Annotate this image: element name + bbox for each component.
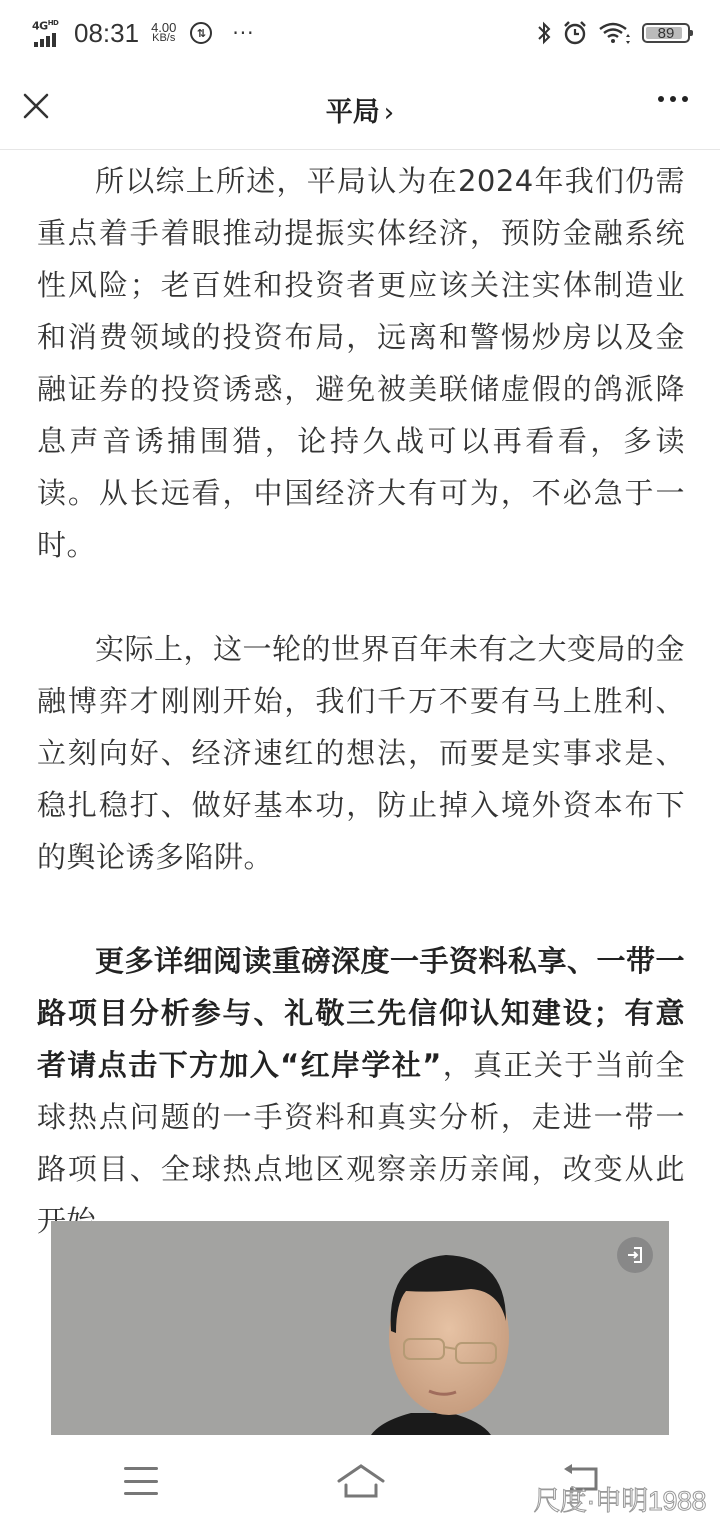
chevron-right-icon: › xyxy=(384,98,394,128)
network-type: 4GHD xyxy=(32,19,58,33)
paragraph-1: 所以综上所述，平局认为在2024年我们仍需重点着手着眼推动提振实体经济，预防金融… xyxy=(37,155,685,571)
account-name: 平局 xyxy=(326,97,380,128)
more-notifications-icon: ··· xyxy=(232,21,254,45)
battery-indicator: 89 xyxy=(642,23,690,43)
menu-icon[interactable] xyxy=(124,1467,158,1495)
article-photo[interactable] xyxy=(51,1221,669,1435)
data-transfer-icon: ⇅ xyxy=(190,22,212,44)
watermark: 尺度·申明1988 xyxy=(533,1479,706,1518)
clock: 08:31 xyxy=(74,18,139,49)
expand-icon[interactable] xyxy=(617,1237,653,1273)
wifi-icon xyxy=(598,21,632,45)
status-bar: 4GHD 08:31 4.00 KB/s ⇅ ··· 89 xyxy=(0,0,720,66)
bluetooth-icon xyxy=(536,21,552,45)
system-nav-bar: 尺度·申明1988 xyxy=(0,1435,720,1520)
network-speed: 4.00 KB/s xyxy=(151,22,176,44)
alarm-icon xyxy=(562,20,588,46)
article-body: 所以综上所述，平局认为在2024年我们仍需重点着手着眼推动提振实体经济，预防金融… xyxy=(37,150,685,1247)
account-title-link[interactable]: 平局› xyxy=(0,90,720,129)
signal-icon: 4GHD xyxy=(32,19,64,47)
article-nav-bar: 平局› xyxy=(0,66,720,150)
status-right: 89 xyxy=(536,20,690,46)
home-icon[interactable] xyxy=(336,1463,386,1499)
paragraph-3: 更多详细阅读重磅深度一手资料私享、一带一路项目分析参与、礼敬三先信仰认知建设；有… xyxy=(37,935,685,1247)
paragraph-2: 实际上，这一轮的世界百年未有之大变局的金融博弈才刚刚开始，我们千万不要有马上胜利… xyxy=(37,623,685,883)
portrait-image xyxy=(51,1221,669,1435)
more-icon[interactable] xyxy=(658,96,688,102)
status-left: 4GHD 08:31 4.00 KB/s ⇅ ··· xyxy=(32,18,254,49)
